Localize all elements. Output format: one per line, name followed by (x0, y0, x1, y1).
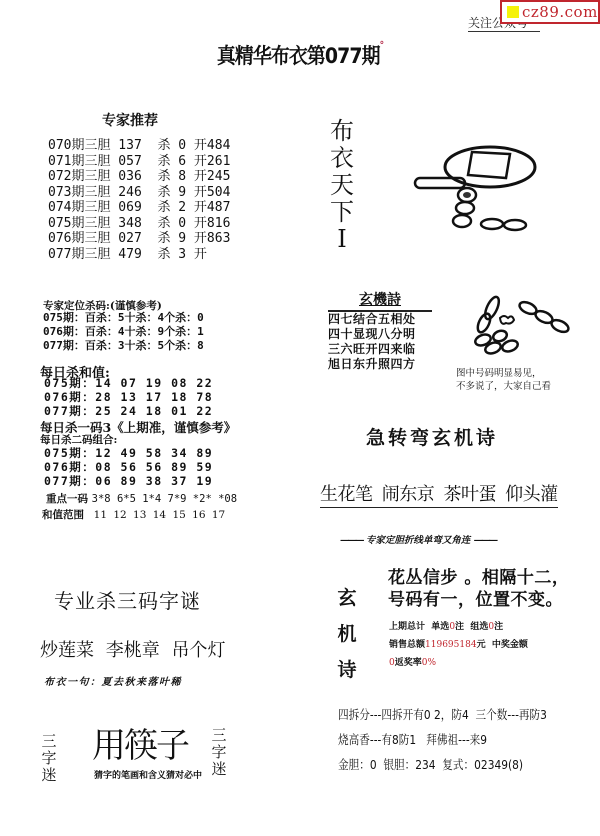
position-kill-list: 075期：百杀：5十杀：4个杀：0 076期：百杀：4十杀：9个杀：1 077期… (43, 311, 204, 353)
page-title-text: 真精华布衣第077期 (217, 44, 380, 68)
poem-line: 四七结合五相处 (328, 312, 432, 327)
mystery-poem-title: 玄機詩 (328, 289, 432, 312)
picture-note-line: 不多说了，大家自己看 (456, 380, 551, 393)
daily-two-code-heading: 每日杀二码组合: (40, 432, 117, 447)
sum-range-label: 和值范围 (42, 509, 84, 521)
list-item: 070期三胆 137 杀 0 开484 (48, 138, 230, 154)
list-item: 077期三胆 479 杀 3 开 (48, 247, 230, 263)
riddle-main-word: 用筷子 (92, 718, 188, 767)
poem-line: 旭日东升照四方 (328, 357, 432, 372)
watermark-text: cz89.com (522, 3, 598, 21)
picture-note: 图中号码明显易见， 不多说了，大家自己看 (456, 367, 551, 393)
site-watermark[interactable]: cz89.com (500, 0, 600, 24)
buyi-sentence: 布衣一句：夏去秋来落叶稀 (44, 673, 182, 688)
yellow-square-icon (507, 6, 519, 18)
hand-drawn-figure-1 (400, 140, 600, 235)
list-item: 076期：08 56 56 89 59 (44, 460, 213, 474)
expert-line: ——— 专家定胆折线单弯又角连 ——— (340, 532, 496, 546)
tip-line: 四拆分---四拆开有0 2，防4 三个数---再防3 (338, 702, 547, 727)
xuanji-poem: 花丛信步 。相隔十二， 号码有一，位置不变。 (388, 567, 569, 611)
group-unit: 注 (494, 622, 503, 632)
expert-line-text: 专家定胆折线单弯又角连 (366, 535, 471, 546)
stats-row-1: 上期总计 单选0注 组选0注 (389, 618, 528, 636)
list-item: 076期三胆 027 杀 9 开863 (48, 231, 230, 247)
buyi-tianxia-title: 布衣天下I (328, 118, 356, 253)
sum-range-value: 11 12 13 14 15 16 17 (94, 509, 226, 521)
poem-line: 三六旺开四来临 (328, 342, 432, 357)
list-item: 071期三胆 057 杀 6 开261 (48, 154, 230, 170)
tips-block: 四拆分---四拆开有0 2，防4 三个数---再防3烧高香---有8防1 拜佛祖… (338, 702, 547, 777)
riddle-note: 猜字的笔画和含义猜对必中 (94, 769, 204, 783)
expert-recommend-list: 070期三胆 137 杀 0 开484 071期三胆 057 杀 6 开261 … (48, 138, 230, 262)
sales-label: 销售总额 (389, 640, 425, 650)
riddle-side-label-right: 三字迷 (210, 727, 228, 778)
list-item: 073期三胆 246 杀 9 开504 (48, 185, 230, 201)
dash-left: ——— (340, 535, 363, 546)
key-code-row: 重点一码 3*8 6*5 1*4 7*9 *2* *08 (46, 491, 237, 506)
list-item: 075期：百杀：5十杀：4个杀：0 (43, 311, 204, 325)
return-value: 0% (422, 658, 436, 668)
tip-line: 金胆：0 银胆：234 复式：02349(8) (338, 752, 547, 777)
picture-note-line: 图中号码明显易见， (456, 367, 551, 380)
stats-block: 上期总计 单选0注 组选0注 销售总额119695184元 中奖金额 0返奖率0… (389, 618, 528, 672)
list-item: 075期：14 07 19 08 22 (44, 376, 213, 390)
dash-right: ——— (474, 535, 497, 546)
sharp-turn-words: 生花笔 闹东京 茶叶蛋 仰头灌 (320, 480, 558, 508)
title-mark: ° (380, 40, 384, 51)
hand-drawn-figure-2 (470, 290, 590, 355)
list-item: 076期：百杀：4十杀：9个杀：1 (43, 325, 204, 339)
list-item: 074期三胆 069 杀 2 开487 (48, 200, 230, 216)
list-item: 075期三胆 348 杀 0 开816 (48, 216, 230, 232)
poem-line: 花丛信步 。相隔十二， (388, 567, 569, 589)
prize-label: 中奖金额 (492, 640, 528, 650)
return-label: 返奖率 (395, 658, 422, 668)
list-item: 072期三胆 036 杀 8 开245 (48, 169, 230, 185)
list-item: 075期：12 49 58 34 89 (44, 446, 213, 460)
list-item: 077期：06 89 38 37 19 (44, 474, 213, 488)
riddle-heading: 专业杀三码字谜 (54, 585, 201, 614)
poem-line: 四十显现八分明 (328, 327, 432, 342)
list-item: 077期：百杀：3十杀：5个杀：8 (43, 339, 204, 353)
riddle-side-label-left: 三字迷 (40, 733, 58, 784)
expert-recommend-heading: 专家推荐 (102, 110, 158, 130)
stats-row-2: 销售总额119695184元 中奖金额 (389, 636, 528, 654)
daily-sum-kill-list: 075期：14 07 19 08 22 076期：28 13 17 18 78 … (44, 376, 213, 418)
key-code-value: 3*8 6*5 1*4 7*9 *2* *08 (92, 493, 237, 505)
sales-unit: 元 (477, 640, 486, 650)
xuanji-vertical-label: 玄机诗 (336, 580, 358, 688)
key-code-label: 重点一码 (46, 493, 88, 505)
mystery-poem-box: 玄機詩 四七结合五相处 四十显现八分明 三六旺开四来临 旭日东升照四方 (328, 289, 432, 372)
page-title: 真精华布衣第077期° (30, 40, 570, 70)
prev-total-label: 上期总计 (389, 622, 425, 632)
tip-line: 烧高香---有8防1 拜佛祖---来9 (338, 727, 547, 752)
stats-row-3: 0返奖率0% (389, 654, 528, 672)
list-item: 077期：25 24 18 01 22 (44, 404, 213, 418)
single-label: 单选 (431, 622, 449, 632)
group-label: 组选 (470, 622, 488, 632)
sales-value: 119695184 (425, 640, 477, 650)
riddle-words: 炒莲菜 李桃章 吊个灯 (40, 636, 225, 662)
sharp-turn-heading: 急转弯玄机诗 (366, 423, 498, 450)
poem-line: 号码有一，位置不变。 (388, 589, 569, 611)
sum-range-row: 和值范围 11 12 13 14 15 16 17 (42, 507, 225, 522)
single-unit: 注 (455, 622, 464, 632)
daily-two-code-list: 075期：12 49 58 34 89 076期：08 56 56 89 59 … (44, 446, 213, 488)
list-item: 076期：28 13 17 18 78 (44, 390, 213, 404)
